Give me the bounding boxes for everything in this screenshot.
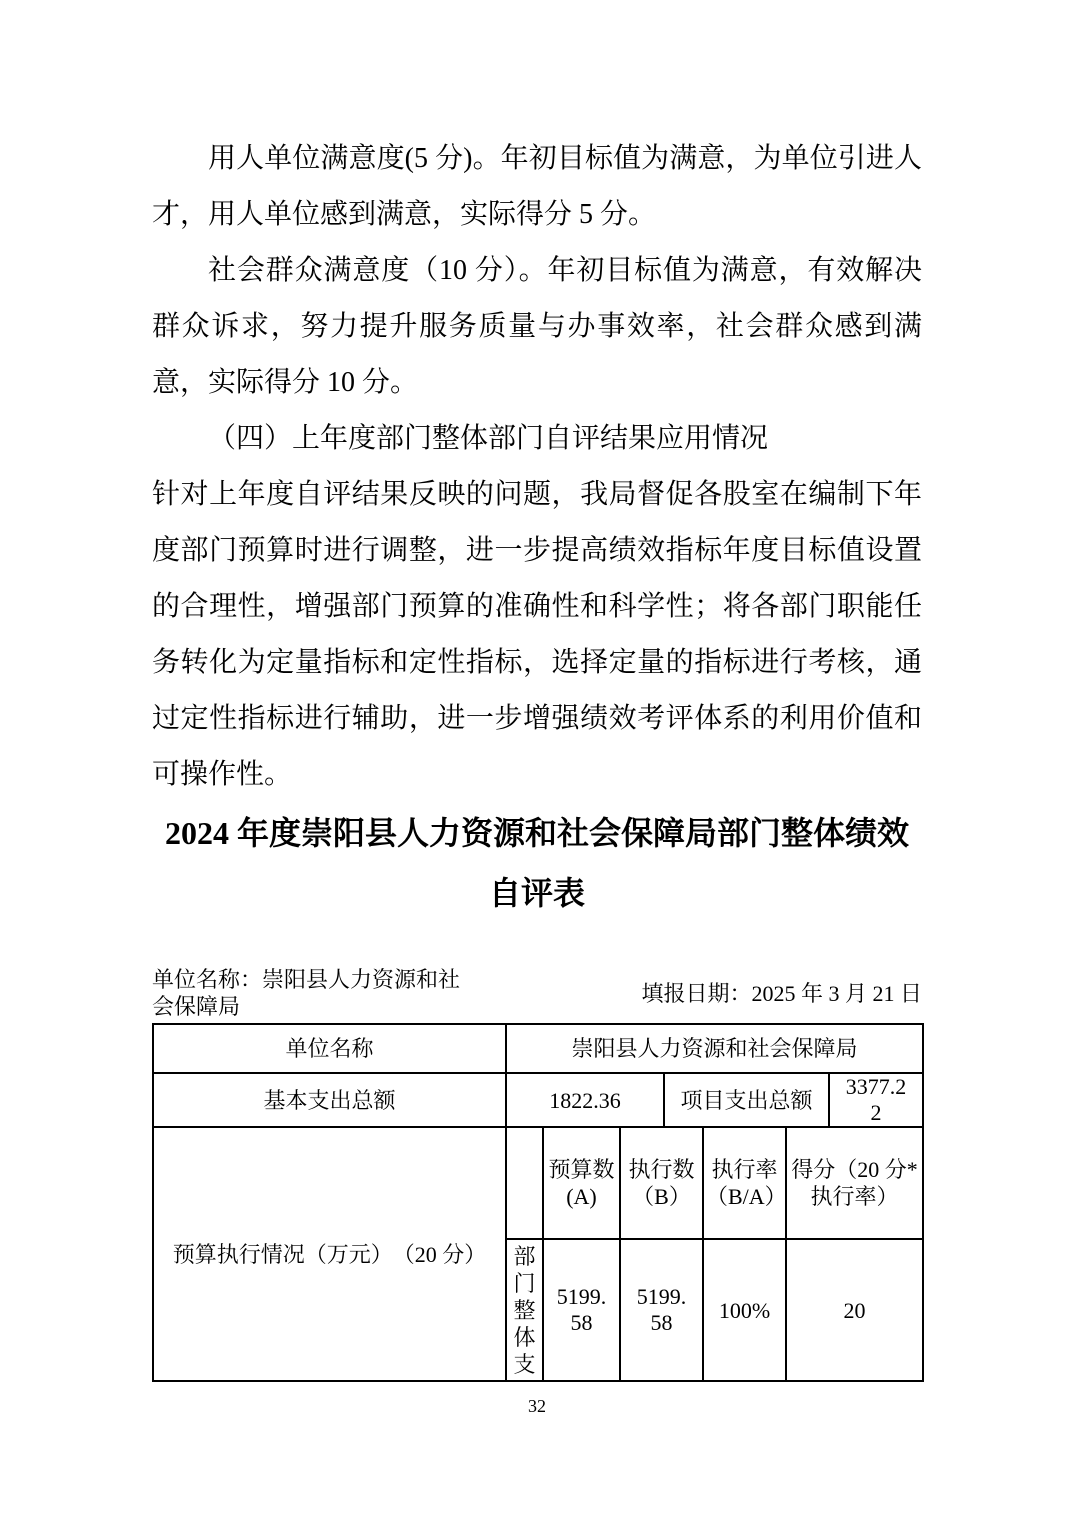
execution-value-cell: 5199.58	[620, 1239, 703, 1381]
project-expense-label-cell: 项目支出总额	[664, 1073, 829, 1127]
page-number: 32	[152, 1394, 922, 1418]
budget-value: 5199.58	[554, 1284, 610, 1336]
report-date-label: 填报日期：2025 年 3 月 21 日	[641, 980, 922, 1007]
col-header-budget-a: 预算数(A)	[543, 1127, 620, 1239]
col-header-score: 得分（20 分*执行率）	[786, 1127, 923, 1239]
para-employer-satisfaction: 用人单位满意度(5 分)。年初目标值为满意，为单位引进人才，用人单位感到满意，实…	[152, 131, 922, 243]
table-row: 单位名称 崇阳县人力资源和社会保障局	[153, 1024, 923, 1073]
execution-value: 5199.58	[634, 1284, 690, 1336]
document-title: 2024 年度崇阳县人力资源和社会保障局部门整体绩效自评表	[152, 803, 922, 923]
table-meta-row: 单位名称：崇阳县人力资源和社会保障局 填报日期：2025 年 3 月 21 日	[152, 967, 922, 1019]
document-page: 用人单位满意度(5 分)。年初目标值为满意，为单位引进人才，用人单位感到满意，实…	[0, 0, 1074, 1520]
unit-name-header-cell: 单位名称	[153, 1024, 506, 1073]
project-expense-value: 3377.22	[842, 1074, 911, 1126]
table-row: 预算执行情况（万元） （20 分） 预算数(A) 执行数（B） 执行率（B/A）…	[153, 1127, 923, 1239]
budget-value-cell: 5199.58	[543, 1239, 620, 1381]
basic-expense-label-cell: 基本支出总额	[153, 1073, 506, 1127]
empty-cell	[506, 1127, 543, 1239]
table-row: 基本支出总额 1822.36 项目支出总额 3377.22	[153, 1073, 923, 1127]
basic-expense-value-cell: 1822.36	[506, 1073, 664, 1127]
page-content: 用人单位满意度(5 分)。年初目标值为满意，为单位引进人才，用人单位感到满意，实…	[152, 0, 922, 1418]
score-value-cell: 20	[786, 1239, 923, 1381]
unit-name-value-cell: 崇阳县人力资源和社会保障局	[506, 1024, 923, 1073]
dept-overall-vertical-label-cell: 部门整体支	[506, 1239, 543, 1381]
col-header-rate-ba: 执行率（B/A）	[703, 1127, 786, 1239]
project-expense-value-cell: 3377.22	[829, 1073, 923, 1127]
budget-section-label-cell: 预算执行情况（万元） （20 分）	[153, 1127, 506, 1381]
self-evaluation-table: 单位名称 崇阳县人力资源和社会保障局 基本支出总额 1822.36 项目支出总额…	[152, 1023, 924, 1382]
rate-value-cell: 100%	[703, 1239, 786, 1381]
para-section-four-body: 针对上年度自评结果反映的问题，我局督促各股室在编制下年度部门预算时进行调整，进一…	[152, 467, 922, 803]
para-public-satisfaction: 社会群众满意度（10 分）。年初目标值为满意，有效解决群众诉求，努力提升服务质量…	[152, 243, 922, 411]
unit-name-label: 单位名称：崇阳县人力资源和社会保障局	[152, 966, 470, 1020]
para-section-four-heading: （四）上年度部门整体部门自评结果应用情况	[152, 411, 922, 467]
col-header-execution-b: 执行数（B）	[620, 1127, 703, 1239]
